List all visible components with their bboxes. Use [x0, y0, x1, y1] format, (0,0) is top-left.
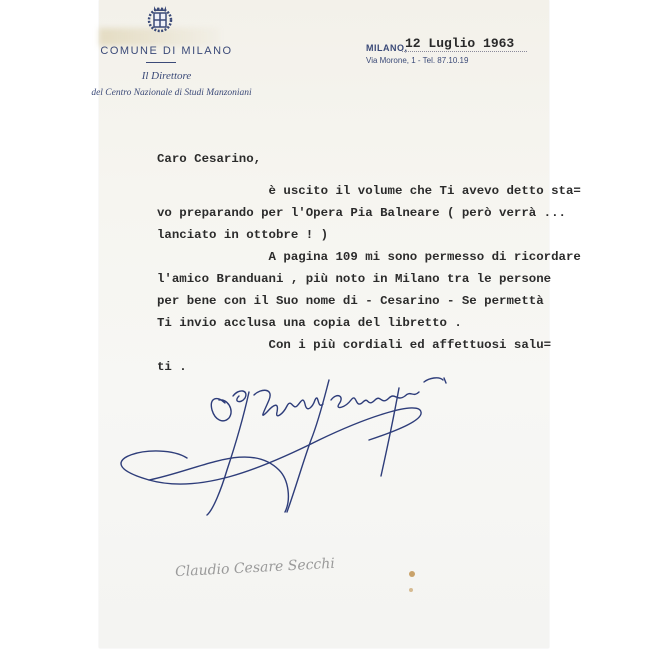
body-line: per bene con il Suo nome di - Cesarino -…: [157, 290, 537, 312]
body-line: ti .: [157, 356, 537, 378]
body-line: vo preparando per l'Opera Pia Balneare (…: [157, 202, 537, 224]
date-dotted-line: [402, 51, 527, 52]
body-line: Caro Cesarino,: [157, 148, 537, 170]
letter-date: 12 Luglio 1963: [405, 36, 514, 51]
institution-name: COMUNE DI MILANO: [99, 45, 234, 57]
letter-page: COMUNE DI MILANO Il Direttore del Centro…: [99, 0, 549, 648]
director-title: Il Direttore: [99, 70, 234, 82]
body-line: Con i più cordiali ed affettuosi salu=: [157, 334, 537, 356]
body-line: A pagina 109 mi sono permesso di ricorda…: [157, 246, 537, 268]
body-line: è uscito il volume che Ti avevo detto st…: [157, 180, 537, 202]
milan-coat-of-arms-icon: [144, 2, 176, 34]
body-line: Ti invio acclusa una copia del libretto …: [157, 312, 537, 334]
pencil-annotation: Claudio Cesare Secchi: [175, 556, 336, 580]
foxing-spot: [409, 588, 413, 592]
letterhead-rule: [146, 62, 176, 63]
address-line: Via Morone, 1 - Tel. 87.10.19: [366, 56, 468, 65]
body-line: l'amico Branduani , più noto in Milano t…: [157, 268, 537, 290]
body-line: lanciato in ottobre ! ): [157, 224, 537, 246]
foxing-spot: [409, 571, 415, 577]
center-name: del Centro Nazionale di Studi Manzoniani: [79, 88, 264, 98]
letter-body: Caro Cesarino, è uscito il volume che Ti…: [157, 148, 537, 378]
